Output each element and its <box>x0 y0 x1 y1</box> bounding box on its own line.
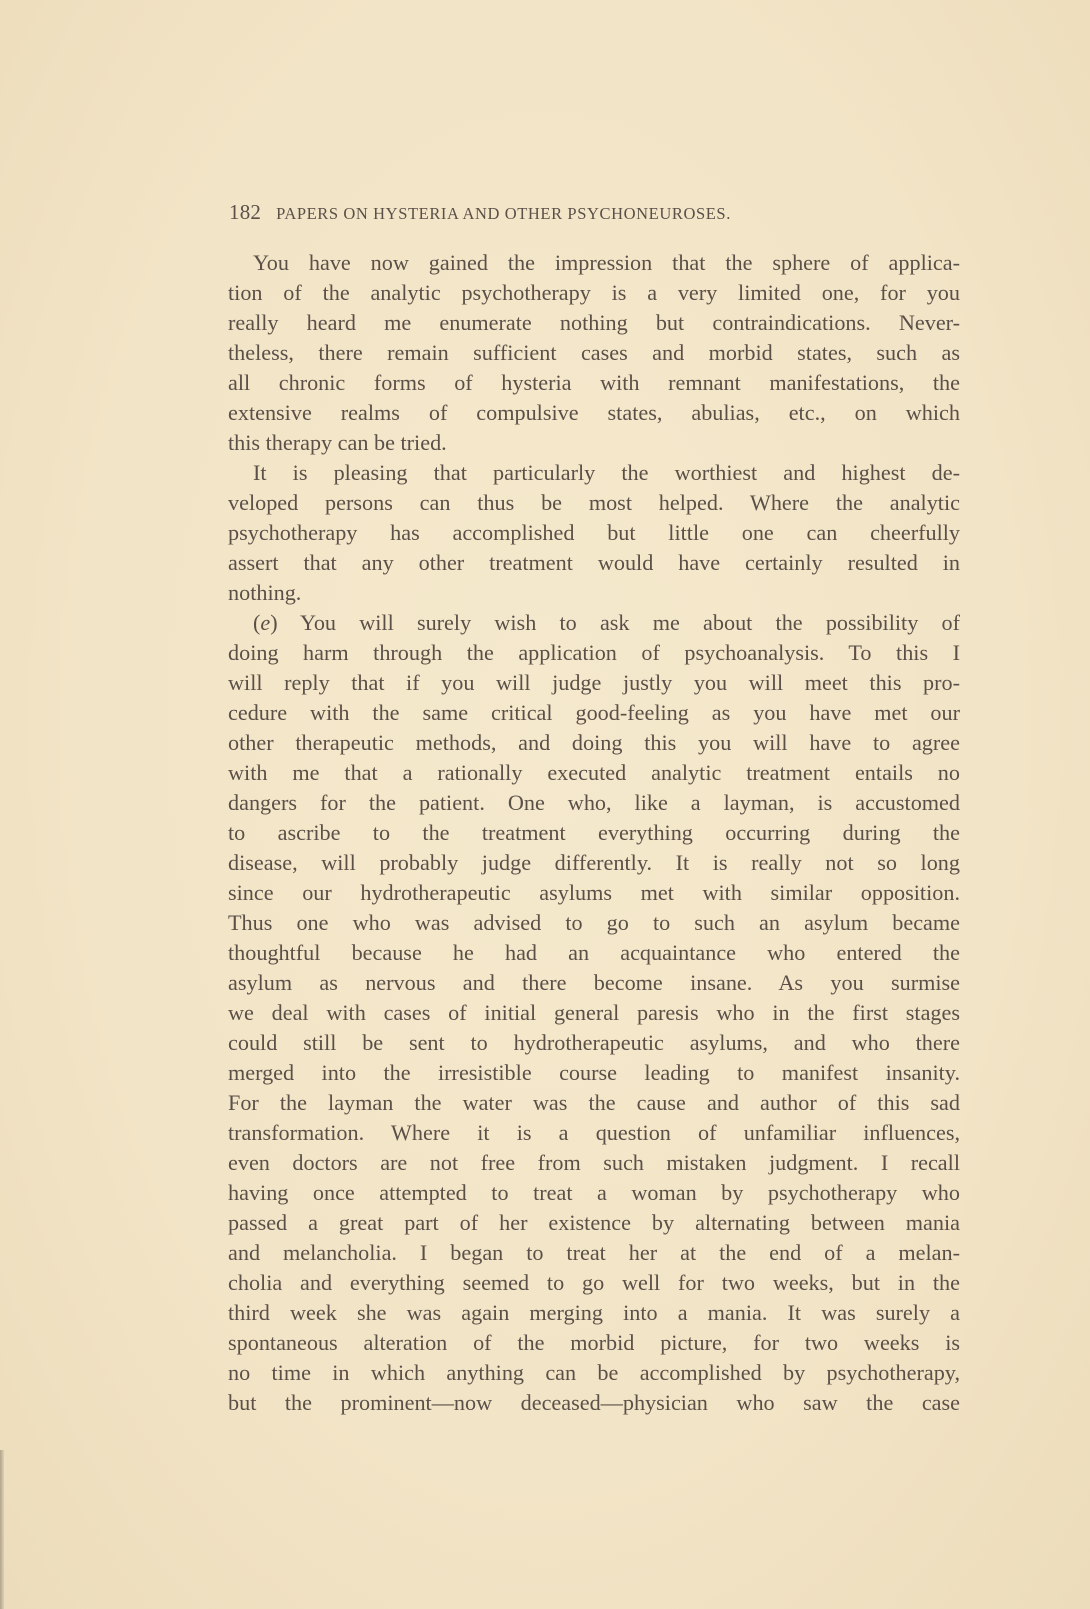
text-line: dangers for the patient. One who, like a… <box>228 788 960 818</box>
text-line: thoughtful because he had an acquaintanc… <box>228 938 960 968</box>
text-line: having once attempted to treat a woman b… <box>228 1178 960 1208</box>
text-line: but the prominent—now deceased—physician… <box>228 1388 960 1418</box>
text-line: to ascribe to the treatment everything o… <box>228 818 960 848</box>
text-line: spontaneous alteration of the morbid pic… <box>228 1328 960 1358</box>
paragraph-1: You have now gained the impression that … <box>228 248 960 458</box>
text-line: and melancholia. I began to treat her at… <box>228 1238 960 1268</box>
text-line: even doctors are not free from such mist… <box>228 1148 960 1178</box>
text-line: all chronic forms of hysteria with remna… <box>228 368 960 398</box>
text-line: doing harm through the application of ps… <box>228 638 960 668</box>
text-line: cedure with the same critical good-feeli… <box>228 698 960 728</box>
text-line: no time in which anything can be accompl… <box>228 1358 960 1388</box>
running-header: 182 PAPERS ON HYSTERIA AND OTHER PSYCHON… <box>229 200 929 225</box>
paragraph-3: (e) You will surely wish to ask me about… <box>228 608 960 1418</box>
text-line: this therapy can be tried. <box>228 428 960 458</box>
text-line: passed a great part of her existence by … <box>228 1208 960 1238</box>
page-edge-shadow <box>0 1450 4 1609</box>
text-line: assert that any other treatment would ha… <box>228 548 960 578</box>
text-line: we deal with cases of initial general pa… <box>228 998 960 1028</box>
section-marker: (e) <box>253 610 278 635</box>
text-line: cholia and everything seemed to go well … <box>228 1268 960 1298</box>
text-line: could still be sent to hydrotherapeutic … <box>228 1028 960 1058</box>
text-line: You have now gained the impression that … <box>228 248 960 278</box>
text-line: theless, there remain sufficient cases a… <box>228 338 960 368</box>
paragraph-2: It is pleasing that particularly the wor… <box>228 458 960 608</box>
text-line: third week she was again merging into a … <box>228 1298 960 1328</box>
text-line: since our hydrotherapeutic asylums met w… <box>228 878 960 908</box>
text-line: It is pleasing that particularly the wor… <box>228 458 960 488</box>
book-page: 182 PAPERS ON HYSTERIA AND OTHER PSYCHON… <box>0 0 1090 1609</box>
text-line: really heard me enumerate nothing but co… <box>228 308 960 338</box>
text-line: with me that a rationally executed analy… <box>228 758 960 788</box>
text-line: psychotherapy has accomplished but littl… <box>228 518 960 548</box>
text-line: Thus one who was advised to go to such a… <box>228 908 960 938</box>
text-line: For the layman the water was the cause a… <box>228 1088 960 1118</box>
page-number: 182 <box>229 200 261 224</box>
text-line: will reply that if you will judge justly… <box>228 668 960 698</box>
text-line-with-section-marker: (e) You will surely wish to ask me about… <box>228 608 960 638</box>
text-line: merged into the irresistible course lead… <box>228 1058 960 1088</box>
text-line: disease, will probably judge differently… <box>228 848 960 878</box>
text-line: extensive realms of compulsive states, a… <box>228 398 960 428</box>
text-line: transformation. Where it is a question o… <box>228 1118 960 1148</box>
text-line: veloped persons can thus be most helped.… <box>228 488 960 518</box>
running-title: PAPERS ON HYSTERIA AND OTHER PSYCHONEURO… <box>276 204 731 223</box>
body-text: You have now gained the impression that … <box>228 248 960 1418</box>
text-line: asylum as nervous and there become insan… <box>228 968 960 998</box>
text-line: other therapeutic methods, and doing thi… <box>228 728 960 758</box>
text-line: nothing. <box>228 578 960 608</box>
text-line: tion of the analytic psychotherapy is a … <box>228 278 960 308</box>
